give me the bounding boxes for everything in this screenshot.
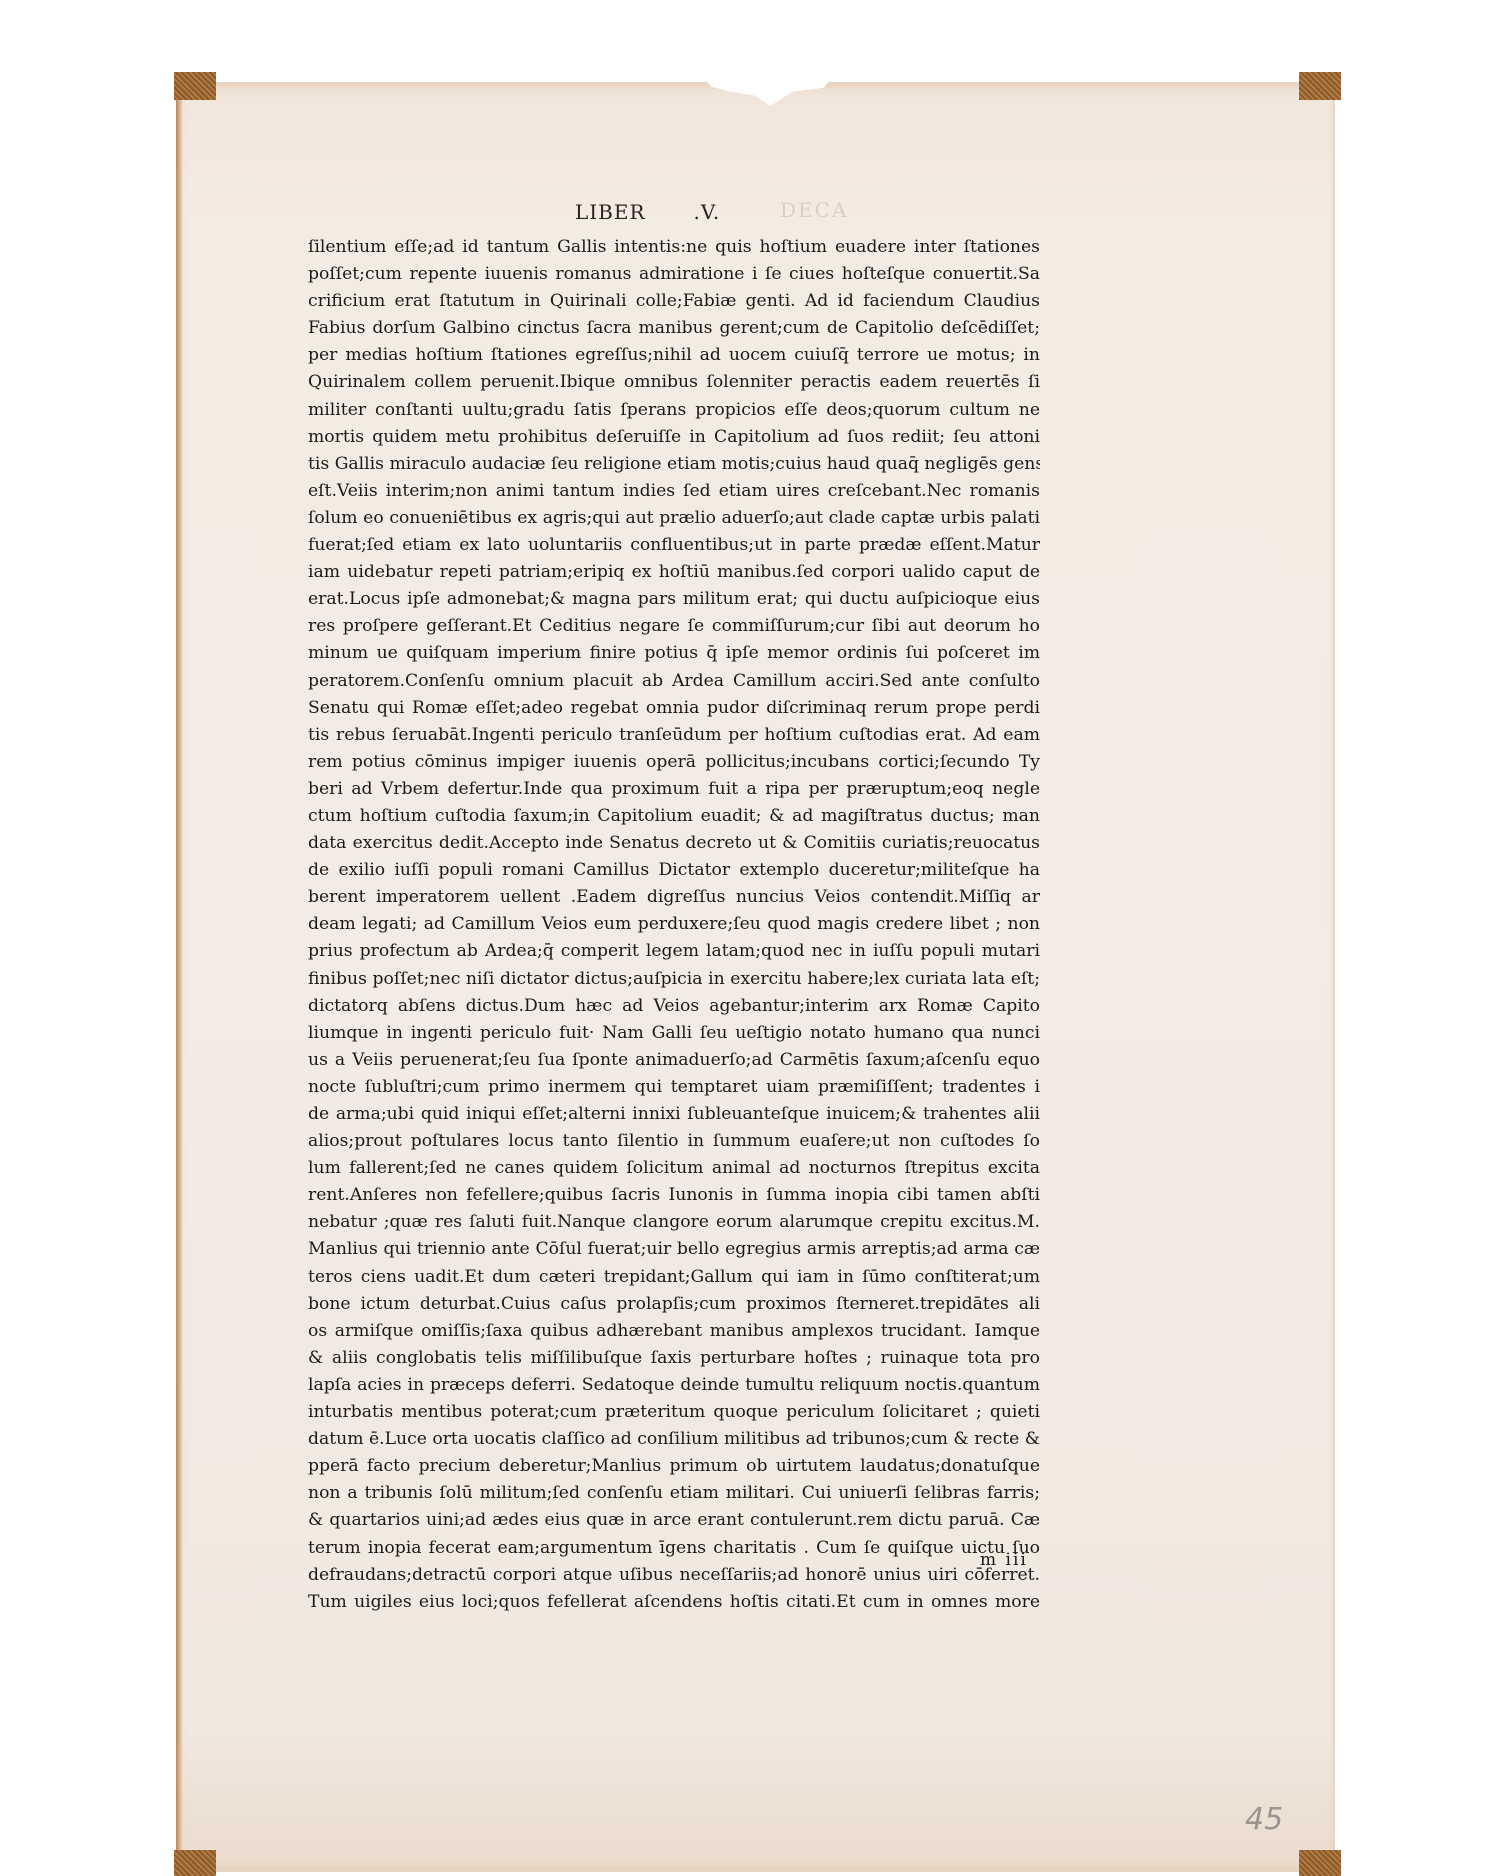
corner-mount-bottom-right [1299,1850,1341,1876]
text-line: ſolum eo conueniētibus ex agris;qui aut … [308,505,1040,532]
text-line: inturbatis mentibus poterat;cum præterit… [308,1399,1040,1426]
header-book-number: .V. [694,200,721,224]
text-line: Fabius dorſum Galbino cinctus ſacra mani… [308,315,1040,342]
paper-edge-left [176,82,182,1872]
text-line: tis Gallis miraculo audaciæ ſeu religion… [308,451,1040,478]
text-line: rem potius cōminus impiger iuuenis operā… [308,749,1040,776]
text-line: Tum uigiles eius loci;quos fefellerat aſ… [308,1589,1040,1616]
text-line: crificium erat ſtatutum in Quirinali col… [308,288,1040,315]
text-line: nebatur ;quæ res ſaluti fuit.Nanque clan… [308,1209,1040,1236]
book-leaf: DECA LIBER .V. ſilentium eſſe;ad id tant… [180,82,1335,1872]
text-line: deam legati; ad Camillum Veios eum perdu… [308,911,1040,938]
text-line: prius profectum ab Ardea;q̄ comperit leg… [308,938,1040,965]
text-block: ſilentium eſſe;ad id tantum Gallis inten… [308,234,1040,1616]
text-line: fuerat;ſed etiam ex lato uoluntariis con… [308,532,1040,559]
text-line: berent imperatorem uellent .Eadem digreſ… [308,884,1040,911]
corner-mount-bottom-left [174,1850,216,1876]
text-line: de exilio iuſſi populi romani Camillus D… [308,857,1040,884]
text-line: lum fallerent;ſed ne canes quidem ſolici… [308,1155,1040,1182]
torn-edge [705,80,830,106]
text-line: res proſpere geſſerant.Et Ceditius negar… [308,613,1040,640]
text-line: pperā facto precium deberetur;Manlius pr… [308,1453,1040,1480]
text-line: teros ciens uadit.Et dum cæteri trepidan… [308,1264,1040,1291]
text-line: us a Veiis peruenerat;ſeu ſua ſponte ani… [308,1047,1040,1074]
corner-mount-top-right [1299,72,1341,100]
text-line: data exercitus dedit.Accepto inde Senatu… [308,830,1040,857]
text-line: alios;prout poſtulares locus tanto ſilen… [308,1128,1040,1155]
text-line: nocte ſubluſtri;cum primo inermem qui te… [308,1074,1040,1101]
text-line: per medias hoſtium ſtationes egreſſus;ni… [308,342,1040,369]
text-line: os armiſque omiſſis;ſaxa quibus adhæreba… [308,1318,1040,1345]
show-through-text: DECA [780,198,848,222]
text-line: tis rebus ſeruabāt.Ingenti periculo tran… [308,722,1040,749]
text-line: iam uidebatur repeti patriam;eripiq ex h… [308,559,1040,586]
text-line: & quartarios uini;ad ædes eius quæ in ar… [308,1507,1040,1534]
text-line: liumque in ingenti periculo fuit· Nam Ga… [308,1020,1040,1047]
text-line: Manlius qui triennio ante Cōſul fuerat;u… [308,1236,1040,1263]
corner-mount-top-left [174,72,216,100]
text-line: finibus poſſet;nec niſi dictator dictus;… [308,966,1040,993]
text-line: lapſa acies in præceps deferri. Sedatoqu… [308,1372,1040,1399]
text-line: datum ē.Luce orta uocatis claſſico ad co… [308,1426,1040,1453]
header-liber: LIBER [575,200,646,224]
text-line: non a tribunis ſolū militum;ſed conſenſu… [308,1480,1040,1507]
text-line: Senatu qui Romæ eſſet;adeo regebat omnia… [308,695,1040,722]
text-line: poſſet;cum repente iuuenis romanus admir… [308,261,1040,288]
pencil-folio-number: 45 [1245,1802,1283,1837]
text-line: militer conſtanti uultu;gradu ſatis ſper… [308,397,1040,424]
text-line: dictatorq abſens dictus.Dum hæc ad Veios… [308,993,1040,1020]
text-line: de arma;ubi quid iniqui eſſet;alterni in… [308,1101,1040,1128]
text-line: ſilentium eſſe;ad id tantum Gallis inten… [308,234,1040,261]
text-line: terum inopia fecerat eam;argumentum īgen… [308,1535,1040,1562]
text-line: ctum hoſtium cuſtodia ſaxum;in Capitoliu… [308,803,1040,830]
text-line: defraudans;detractū corpori atque uſibus… [308,1562,1040,1589]
text-line: eſt.Veiis interim;non animi tantum indie… [308,478,1040,505]
running-header: LIBER .V. [575,200,720,224]
text-line: Quirinalem collem peruenit.Ibique omnibu… [308,369,1040,396]
text-line: erat.Locus ipſe admonebat;& magna pars m… [308,586,1040,613]
text-line: peratorem.Conſenſu omnium placuit ab Ard… [308,668,1040,695]
text-line: mortis quidem metu prohibitus deſeruiſſe… [308,424,1040,451]
text-line: beri ad Vrbem defertur.Inde qua proximum… [308,776,1040,803]
text-line: bone ictum deturbat.Cuius caſus prolapſi… [308,1291,1040,1318]
text-line: minum ue quiſquam imperium finire potius… [308,640,1040,667]
text-line: & aliis conglobatis telis miſſilibuſque … [308,1345,1040,1372]
signature-mark: m iii [980,1550,1028,1570]
text-line: rent.Anſeres non fefellere;quibus ſacris… [308,1182,1040,1209]
